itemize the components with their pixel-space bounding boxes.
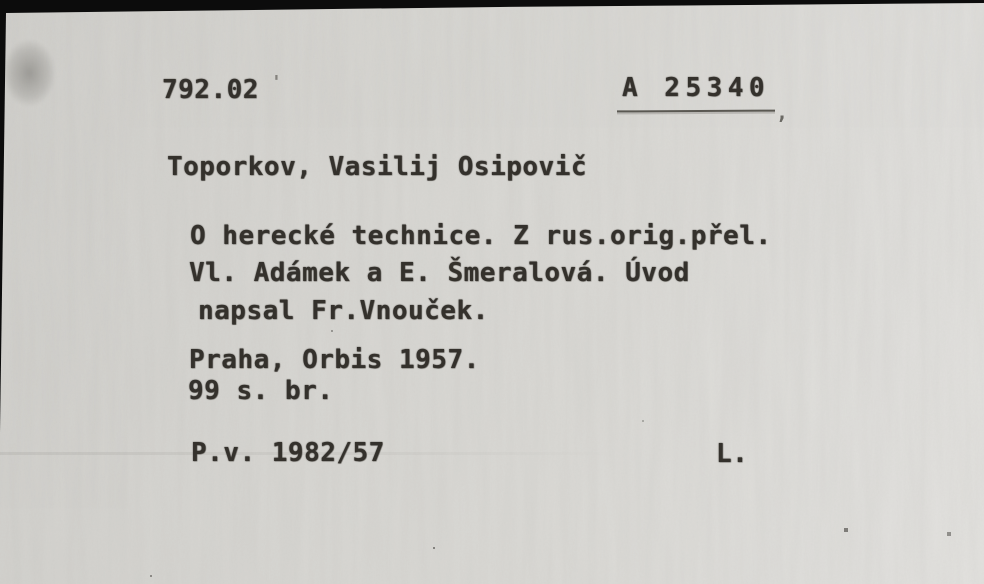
title-line-3: napsal Fr.Vnouček. — [198, 296, 489, 326]
scanned-card-image: 792.02 ' A 25340 , Toporkov, Vasilij Osi… — [0, 0, 984, 584]
acquisition-note: P.v. 1982/57 — [191, 438, 385, 468]
accession-stray-mark: , — [776, 100, 789, 124]
classification-stray-mark: ' — [271, 72, 282, 93]
author-heading: Toporkov, Vasilij Osipovič — [167, 152, 587, 182]
cataloguer-initial: L. — [716, 439, 748, 469]
title-line-2: Vl. Adámek a E. Šmeralová. Úvod — [189, 258, 690, 288]
accession-number: A 25340 — [622, 73, 770, 103]
catalog-card: 792.02 ' A 25340 , Toporkov, Vasilij Osi… — [0, 0, 984, 584]
classification-number: 792.02 — [162, 75, 259, 105]
scan-smudge — [2, 28, 80, 128]
accession-underline — [617, 110, 775, 113]
title-line-1: O herecké technice. Z rus.orig.přel. — [190, 221, 772, 251]
imprint-line: Praha, Orbis 1957. — [189, 345, 480, 375]
paper-grain-texture — [0, 0, 984, 584]
collation-line: 99 s. br. — [188, 376, 333, 406]
paper-specks — [0, 0, 2, 2]
